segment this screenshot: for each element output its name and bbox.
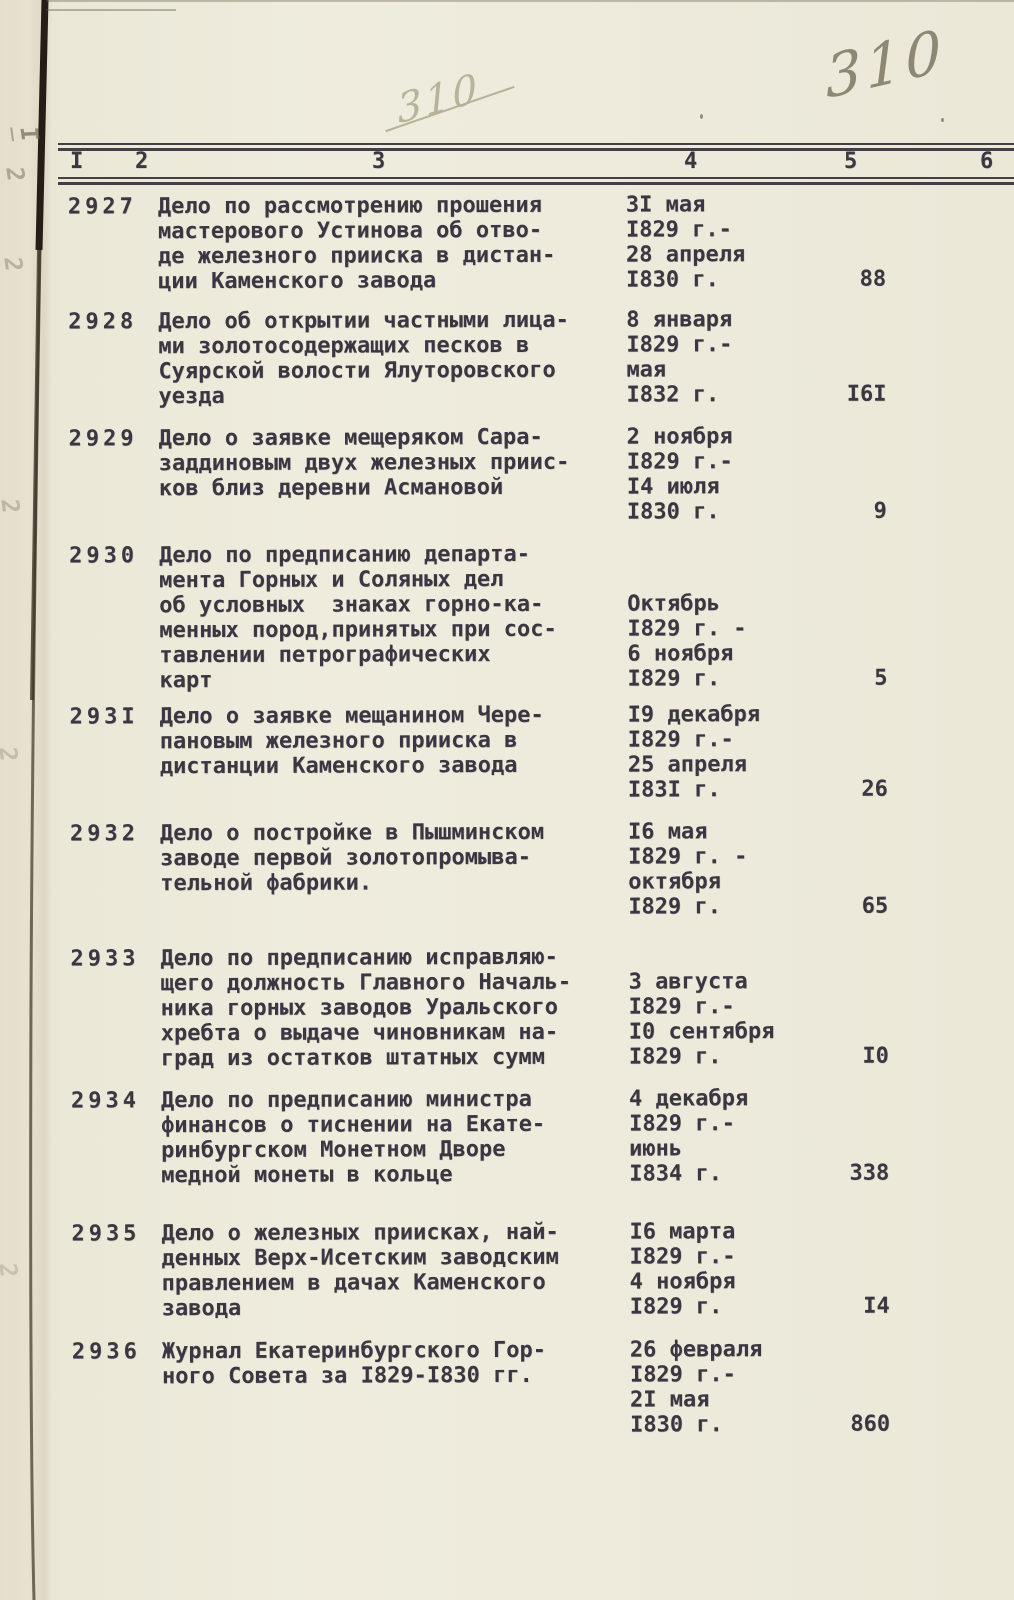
case-date-range: 3I маяI829 г.-28 апреляI830 г. bbox=[626, 192, 826, 293]
date-line: I9 декабря bbox=[628, 702, 828, 728]
title-line: тельной фабрики. bbox=[160, 870, 628, 897]
table-row: 2927 Дело по рассмотрению прошениямастер… bbox=[0, 191, 1012, 295]
case-date-range: I6 маяI829 г. -октябряI829 г. bbox=[628, 819, 828, 920]
date-line: I829 г.- bbox=[627, 449, 827, 475]
date-line: 28 апреля bbox=[626, 242, 826, 268]
column-header: I bbox=[70, 149, 83, 174]
date-line: мая bbox=[626, 357, 826, 383]
scanned-archive-page: I22222 310 310 I23456 2927 Дело по рассм… bbox=[0, 0, 1014, 1600]
title-line: мастерового Устинова об отво- bbox=[158, 218, 626, 245]
title-line: Дело по предписанию министра bbox=[161, 1087, 629, 1114]
title-line: ника горных заводов Уральского bbox=[161, 995, 629, 1022]
case-title: Дело по рассмотрению прошениямастерового… bbox=[158, 193, 626, 295]
date-line: 4 ноября bbox=[630, 1269, 830, 1295]
case-number: 2929 bbox=[69, 426, 159, 526]
title-line: мента Горных и Соляных дел bbox=[159, 567, 627, 594]
case-title: Дело о заявке мещеряком Сара-заддиновым … bbox=[159, 425, 627, 527]
ink-speck bbox=[700, 114, 703, 119]
table-row: 2930 Дело по предписанию департа-мента Г… bbox=[0, 540, 1014, 694]
date-line: I829 г. bbox=[628, 894, 828, 920]
title-line: Дело о заявке мещанином Чере- bbox=[160, 703, 628, 730]
date-line: I834 г. bbox=[629, 1161, 829, 1187]
case-date-range: 26 февраляI829 г.-2I маяI830 г. bbox=[630, 1337, 830, 1438]
date-line: I830 г. bbox=[630, 1412, 830, 1438]
case-number: 2928 bbox=[68, 309, 158, 409]
inventory-table-body: 2927 Дело по рассмотрению прошениямастер… bbox=[0, 191, 1014, 1457]
case-sheet-count: 338 bbox=[829, 1086, 889, 1186]
case-title: Дело по предписанию департа-мента Горных… bbox=[159, 542, 628, 694]
date-line: I829 г. bbox=[630, 1294, 830, 1320]
title-line: менных пород,принятых при сос- bbox=[159, 617, 627, 644]
case-title: Дело об открытии частными лица-ми золото… bbox=[158, 308, 626, 410]
header-rule-top-1 bbox=[58, 143, 1014, 145]
title-line: заддиновым двух железных приис- bbox=[159, 450, 627, 477]
date-line: I830 г. bbox=[626, 267, 826, 293]
case-sheet-count: 5 bbox=[827, 541, 888, 691]
title-line: финансов о тиснении на Екате- bbox=[161, 1112, 629, 1139]
case-date-range: 2 ноябряI829 г.-I4 июляI830 г. bbox=[627, 424, 827, 525]
column-header: 5 bbox=[844, 149, 857, 174]
title-line: Дело по предписанию исправляю- bbox=[160, 945, 628, 972]
case-title: Дело по предписанию министрафинансов о т… bbox=[161, 1087, 629, 1189]
title-line: пановым железного прииска в bbox=[160, 728, 628, 755]
table-row: 2933 Дело по предписанию исправляю-щего … bbox=[0, 943, 1014, 1072]
date-line: I6 марта bbox=[629, 1219, 829, 1245]
title-line: хребта о выдаче чиновникам на- bbox=[161, 1020, 629, 1047]
case-sheet-count: 860 bbox=[830, 1337, 890, 1437]
title-line: карт bbox=[159, 667, 627, 694]
case-sheet-count: 9 bbox=[827, 424, 887, 524]
table-row: 2932 Дело о постройке в Пышминскомзаводе… bbox=[0, 818, 1014, 922]
date-line: 3I мая bbox=[626, 192, 826, 218]
title-line: Дело о заявке мещеряком Сара- bbox=[159, 425, 627, 452]
title-line: уезда bbox=[158, 383, 626, 410]
title-line bbox=[162, 1388, 630, 1415]
case-number: 2934 bbox=[71, 1088, 161, 1188]
ink-speck bbox=[941, 118, 944, 122]
table-row: 2935 Дело о железных приисках, най-денны… bbox=[1, 1218, 1014, 1322]
case-date-range: 8 январяI829 г.-маяI832 г. bbox=[626, 307, 826, 408]
handwritten-page-number: 310 bbox=[824, 16, 947, 113]
case-date-range: ОктябрьI829 г. -6 ноябряI829 г. bbox=[627, 541, 828, 692]
title-line: ринбургском Монетном Дворе bbox=[161, 1137, 629, 1164]
date-line: I832 г. bbox=[626, 382, 826, 408]
title-line: де железного прииска в дистан- bbox=[158, 243, 626, 270]
column-header: 6 bbox=[980, 149, 993, 174]
title-line: град из остатков штатных сумм bbox=[161, 1045, 629, 1072]
date-line: 3 августа bbox=[629, 969, 829, 995]
case-title: Дело о постройке в Пышминскомзаводе перв… bbox=[160, 820, 628, 922]
date-line: I829 г. bbox=[629, 1044, 829, 1070]
date-line: I0 сентября bbox=[629, 1019, 829, 1045]
case-number: 2930 bbox=[69, 543, 160, 693]
header-rule-top-2 bbox=[58, 148, 1014, 151]
title-line: Дело об открытии частными лица- bbox=[158, 308, 626, 335]
title-line: щего должность Главного Началь- bbox=[161, 970, 629, 997]
case-date-range: I6 мартаI829 г.-4 ноябряI829 г. bbox=[629, 1219, 829, 1320]
title-line: дистанции Каменского завода bbox=[160, 753, 628, 780]
case-number: 2935 bbox=[71, 1221, 161, 1321]
title-line: Суярской волости Ялуторовского bbox=[158, 358, 626, 385]
date-line: I4 июля bbox=[627, 474, 827, 500]
date-line: I829 г.- bbox=[630, 1362, 830, 1388]
date-line: 2 ноября bbox=[627, 424, 827, 450]
column-header: 4 bbox=[684, 149, 697, 174]
date-line: октября bbox=[628, 869, 828, 895]
case-sheet-count: I4 bbox=[829, 1219, 889, 1319]
case-number: 2936 bbox=[72, 1339, 162, 1439]
faint-crossed-page-number: 310 bbox=[396, 76, 481, 122]
case-title: Дело по предписанию исправляю-щего должн… bbox=[160, 945, 628, 1072]
date-line: I829 г.- bbox=[629, 1111, 829, 1137]
date-line: I83I г. bbox=[628, 777, 828, 803]
title-line: правлением в дачах Каменского bbox=[162, 1270, 630, 1297]
title-line: Дело по рассмотрению прошения bbox=[158, 193, 626, 220]
page-top-edge bbox=[46, 0, 1014, 2]
title-line: Дело по предписанию департа- bbox=[159, 542, 627, 569]
date-line: I829 г.- bbox=[626, 332, 826, 358]
date-line: I829 г. bbox=[627, 666, 827, 692]
case-number: 293I bbox=[70, 704, 160, 804]
date-line: I830 г. bbox=[627, 499, 827, 525]
table-row: 2934 Дело по предписанию министрафинансо… bbox=[1, 1085, 1014, 1189]
case-number: 2932 bbox=[70, 821, 160, 921]
title-line: завода bbox=[162, 1295, 630, 1322]
date-line: I829 г.- bbox=[626, 217, 826, 243]
case-sheet-count: 65 bbox=[828, 819, 888, 919]
case-date-range: 3 августаI829 г.-I0 сентябряI829 г. bbox=[628, 944, 828, 1070]
date-line: 6 ноября bbox=[627, 641, 827, 667]
title-line: ми золотосодержащих песков в bbox=[158, 333, 626, 360]
case-number: 2927 bbox=[68, 194, 158, 294]
case-number: 2933 bbox=[70, 946, 160, 1071]
date-line: 26 февраля bbox=[630, 1337, 830, 1363]
date-line: Октябрь bbox=[627, 591, 827, 617]
date-line: 8 января bbox=[626, 307, 826, 333]
title-line: заводе первой золотопромыва- bbox=[160, 845, 628, 872]
date-line: 2I мая bbox=[630, 1387, 830, 1413]
date-line: I829 г. - bbox=[627, 616, 827, 642]
case-sheet-count: I0 bbox=[828, 944, 888, 1069]
title-line: Дело о постройке в Пышминском bbox=[160, 820, 628, 847]
case-title: Журнал Екатеринбургского Гор-ного Совета… bbox=[162, 1338, 630, 1440]
title-line: денных Верх-Исетским заводским bbox=[161, 1245, 629, 1272]
case-title: Дело о заявке мещанином Чере-пановым жел… bbox=[160, 703, 628, 805]
title-line: об условных знаках горно-ка- bbox=[159, 592, 627, 619]
date-line: 4 декабря bbox=[629, 1086, 829, 1112]
title-line: Дело о железных приисках, най- bbox=[161, 1220, 629, 1247]
title-line: ков близ деревни Асмановой bbox=[159, 475, 627, 502]
ghost-digit: I bbox=[10, 126, 44, 141]
date-line: июнь bbox=[629, 1136, 829, 1162]
title-line: ции Каменского завода bbox=[158, 268, 626, 295]
date-line: I829 г.- bbox=[628, 727, 828, 753]
title-line: ного Совета за I829-I830 гг. bbox=[162, 1363, 630, 1390]
column-header: 2 bbox=[135, 149, 148, 174]
title-line: Журнал Екатеринбургского Гор- bbox=[162, 1338, 630, 1365]
case-sheet-count: 88 bbox=[826, 192, 886, 292]
case-date-range: I9 декабряI829 г.-25 апреляI83I г. bbox=[628, 702, 828, 803]
date-line: I829 г.- bbox=[629, 1244, 829, 1270]
date-line: I6 мая bbox=[628, 819, 828, 845]
title-line: медной монеты в кольце bbox=[161, 1162, 629, 1189]
header-rule-bottom-1 bbox=[58, 177, 1014, 179]
ghost-digit: 2 bbox=[0, 166, 30, 181]
case-sheet-count: I6I bbox=[826, 307, 886, 407]
case-title: Дело о железных приисках, най-денных Вер… bbox=[161, 1220, 629, 1322]
case-date-range: 4 декабряI829 г.-июньI834 г. bbox=[629, 1086, 829, 1187]
date-line: I829 г.- bbox=[629, 994, 829, 1020]
title-line bbox=[162, 1413, 630, 1440]
date-line: I829 г. - bbox=[628, 844, 828, 870]
case-sheet-count: 26 bbox=[828, 702, 888, 802]
table-row: 293I Дело о заявке мещанином Чере-пановы… bbox=[0, 701, 1014, 805]
header-rule-bottom-2 bbox=[58, 182, 1014, 185]
title-line: тавлении петрографических bbox=[159, 642, 627, 669]
table-row: 2936 Журнал Екатеринбургского Гор-ного С… bbox=[2, 1336, 1014, 1440]
table-row: 2929 Дело о заявке мещеряком Сара-заддин… bbox=[0, 423, 1013, 527]
column-header: 3 bbox=[372, 149, 385, 174]
date-line: 25 апреля bbox=[628, 752, 828, 778]
table-row: 2928 Дело об открытии частными лица-ми з… bbox=[0, 306, 1013, 410]
underpage-top-edge bbox=[46, 9, 176, 11]
